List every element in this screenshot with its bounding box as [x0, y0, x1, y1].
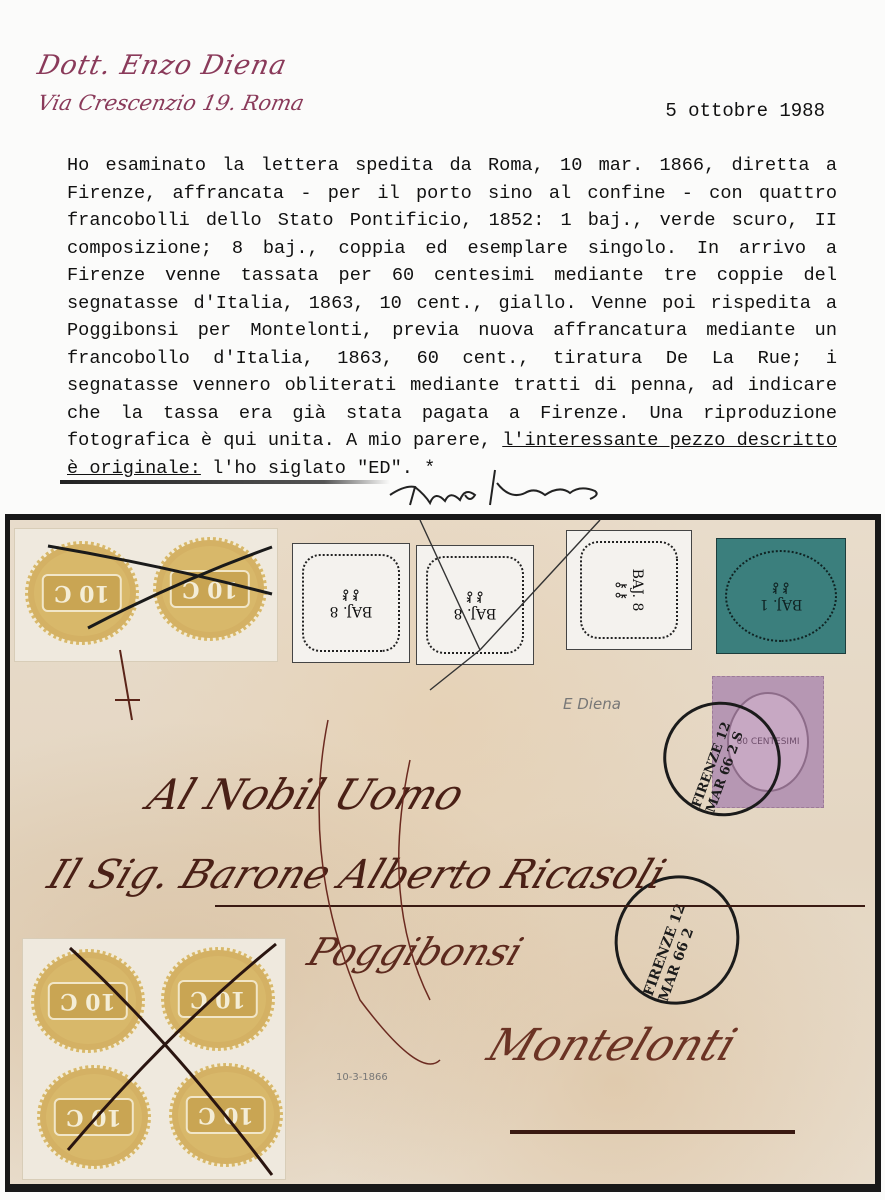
segnatasse-block-bottom: 10 C 10 C 10 C 10 C: [22, 938, 286, 1180]
paragraph-main: Ho esaminato la lettera spedita da Roma,…: [67, 155, 837, 451]
segnatasse-stamp: 10 C: [153, 537, 267, 641]
pontificio-1baj-green-stamp: BAJ. 1⚷⚷: [716, 538, 846, 654]
divider-rule: [60, 480, 390, 484]
pontificio-8baj-stamp: BAJ. 8⚷⚷: [292, 543, 410, 663]
keys-emblem-icon: ⚷⚷: [341, 587, 362, 603]
certificate-body: Ho esaminato la lettera spedita da Roma,…: [67, 152, 837, 482]
letterhead-address: Via Crescenzio 19. Roma: [35, 91, 306, 115]
address-line-2: Il Sig. Barone Alberto Ricasoli: [42, 852, 672, 898]
address-line-1: Al Nobil Uomo: [141, 770, 471, 819]
pencil-signature: E Diena: [563, 695, 621, 713]
keys-emblem-icon: ⚷⚷: [465, 589, 486, 605]
letterhead-name: Dott. Enzo Diena: [35, 50, 307, 81]
pontificio-8baj-single-stamp: BAJ. 8⚷⚷: [566, 530, 692, 650]
segnatasse-stamp: 10 C: [169, 1063, 283, 1167]
certificate-date: 5 ottobre 1988: [665, 100, 825, 122]
address-underline: [215, 905, 865, 907]
segnatasse-stamp: 10 C: [25, 541, 139, 645]
pontificio-8baj-stamp: BAJ. 8⚷⚷: [416, 545, 534, 665]
address-underline: [510, 1130, 795, 1134]
expert-signature: [385, 465, 625, 515]
letterhead: Dott. Enzo Diena Via Crescenzio 19. Roma: [38, 50, 304, 115]
keys-emblem-icon: ⚷⚷: [771, 580, 792, 596]
pencil-date-note: 10-3-1866: [336, 1072, 388, 1083]
segnatasse-stamp: 10 C: [37, 1065, 151, 1169]
address-line-3: Poggibonsi: [302, 930, 529, 974]
segnatasse-pair-top: 10 C 10 C: [14, 528, 278, 662]
segnatasse-stamp: 10 C: [161, 947, 275, 1051]
address-line-4: Montelonti: [481, 1020, 744, 1071]
segnatasse-stamp: 10 C: [31, 949, 145, 1053]
keys-emblem-icon: ⚷⚷: [613, 580, 629, 601]
certificate-paragraph: Ho esaminato la lettera spedita da Roma,…: [67, 152, 837, 482]
